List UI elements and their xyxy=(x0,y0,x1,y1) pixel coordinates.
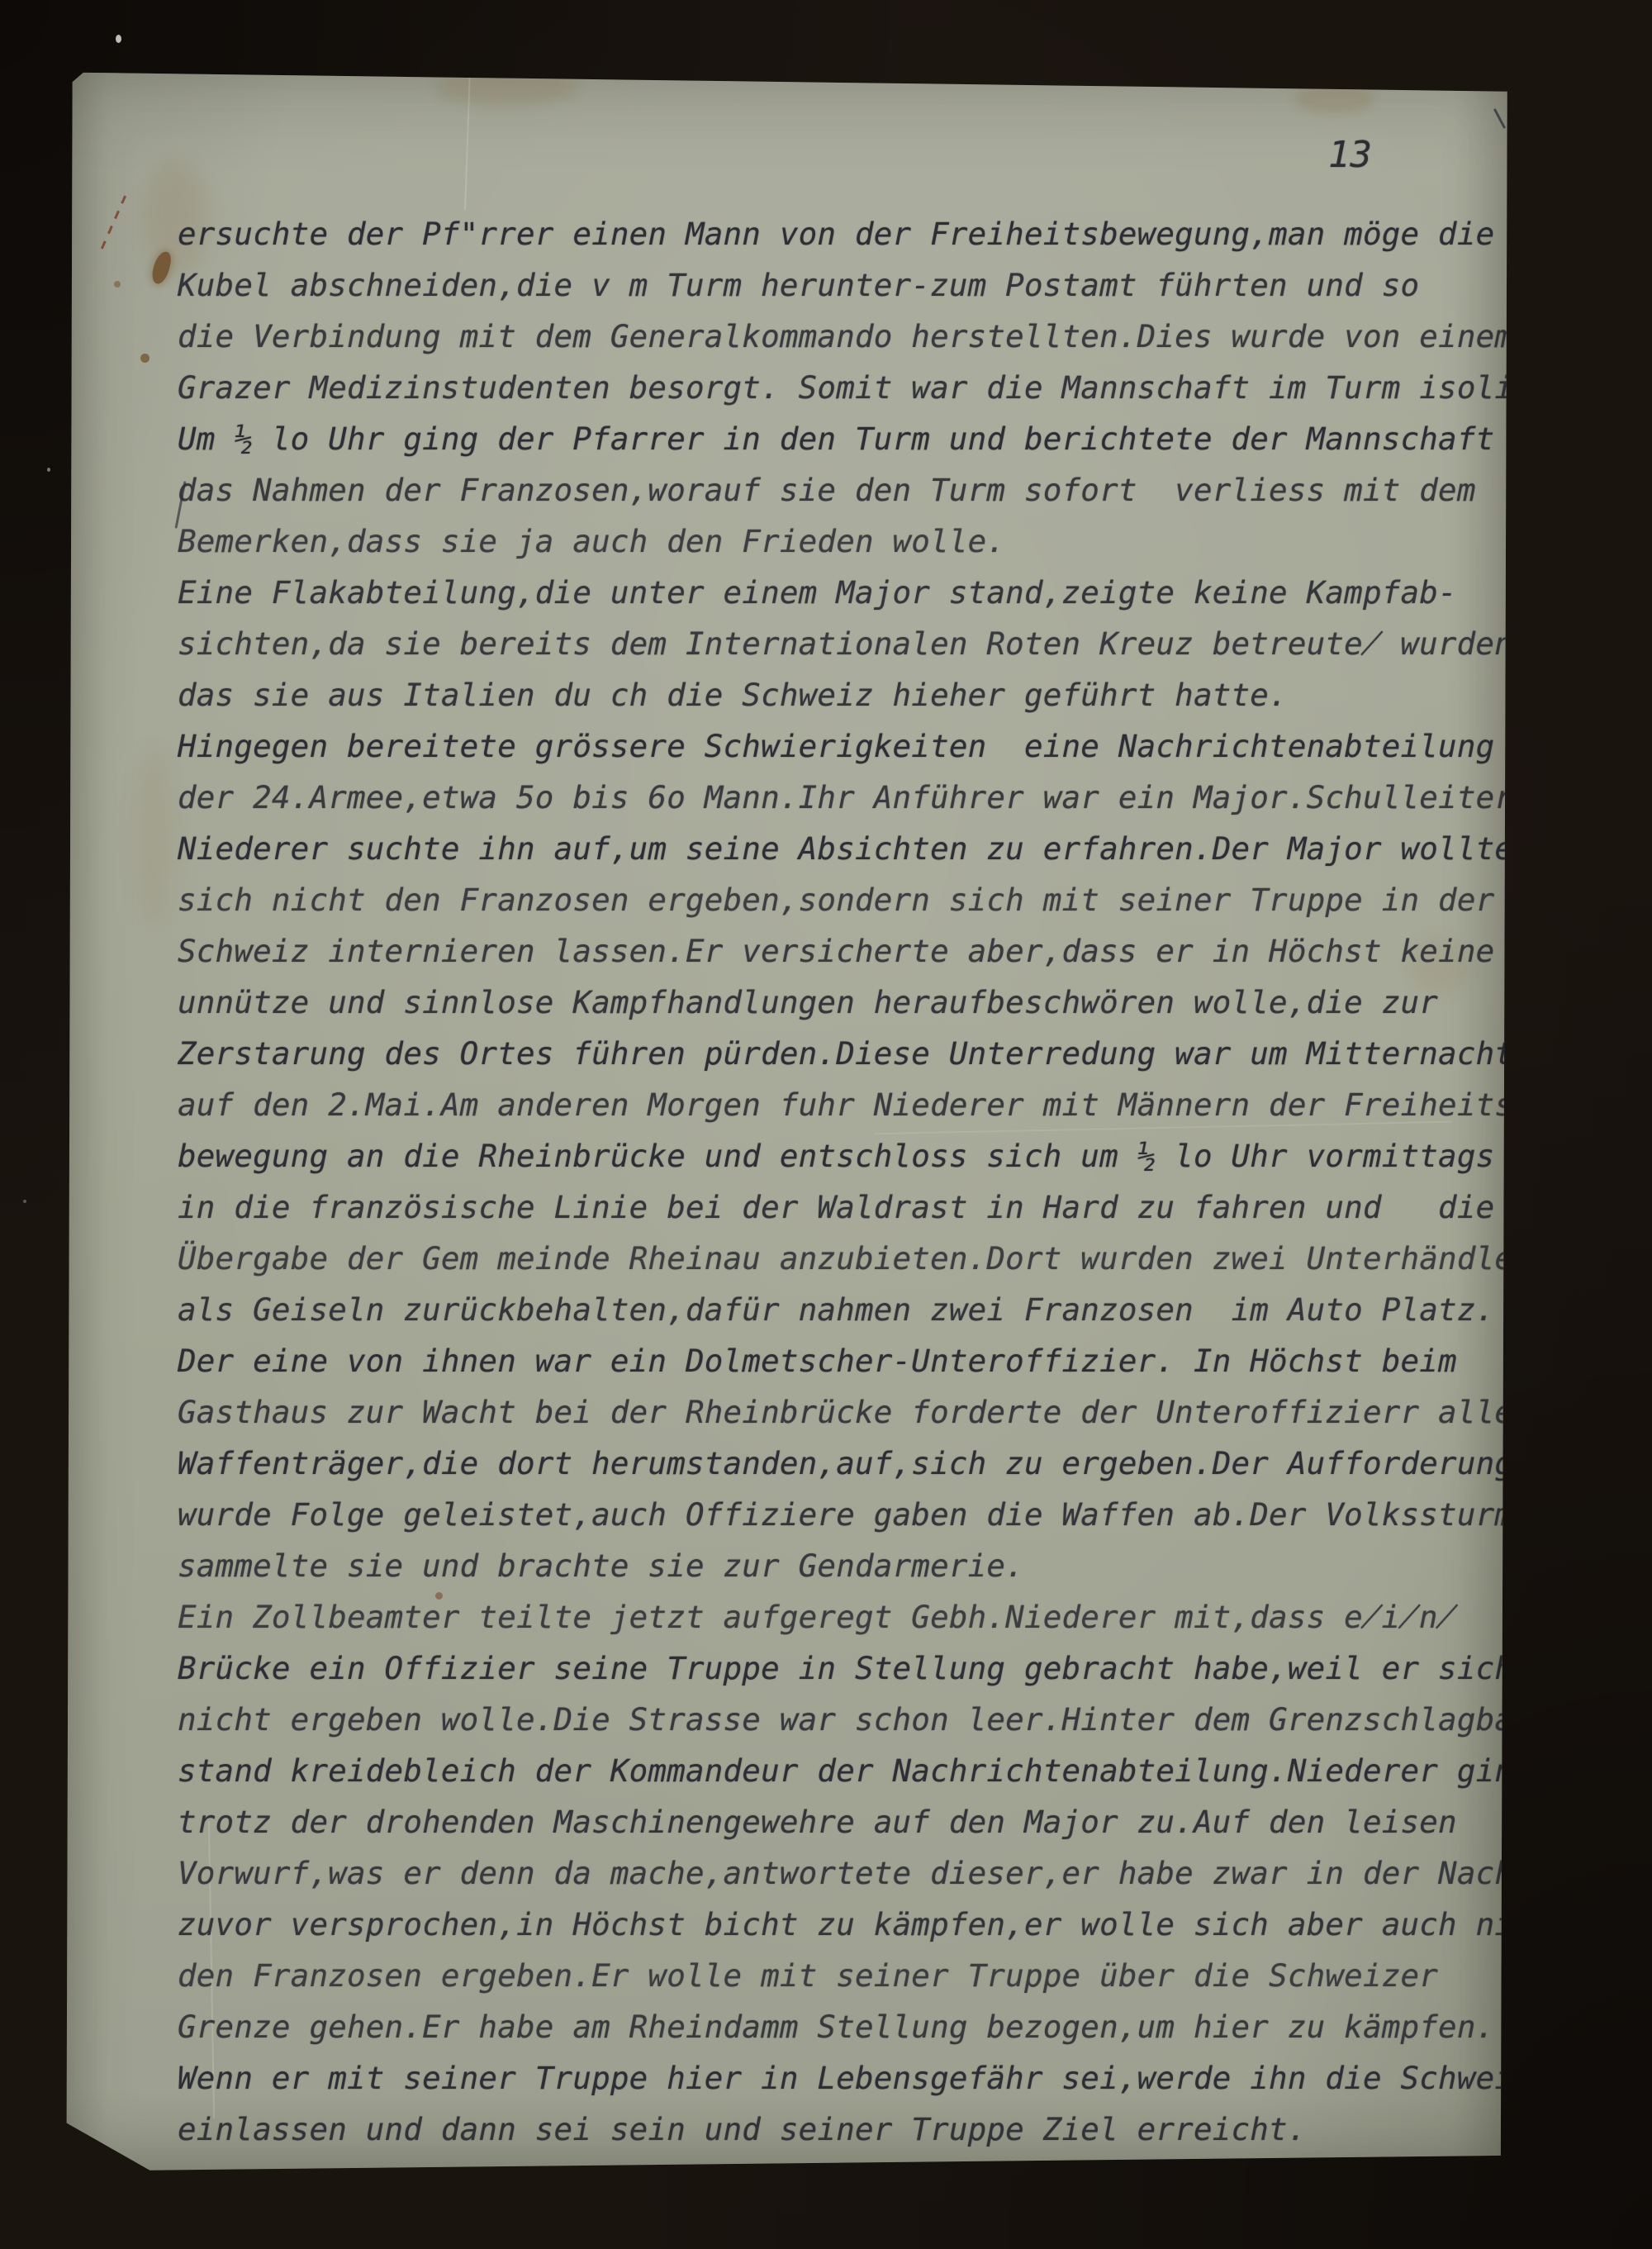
text-line: in die französische Linie bei der Waldra… xyxy=(178,1182,1532,1233)
text-line: das Nahmen der Franzosen,worauf sie den … xyxy=(178,464,1532,516)
text-line: stand kreidebleich der Kommandeur der Na… xyxy=(178,1745,1532,1796)
dust-speck xyxy=(23,1200,26,1203)
text-line: unnütze und sinnlose Kampfhandlungen her… xyxy=(178,977,1532,1028)
text-line: Grenze gehen.Er habe am Rheindamm Stellu… xyxy=(178,2001,1532,2052)
text-line: nicht ergeben wolle.Die Strasse war scho… xyxy=(178,1694,1532,1745)
text-line: Niederer suchte ihn auf,um seine Absicht… xyxy=(178,823,1532,874)
text-line: Bemerken,dass sie ja auch den Frieden wo… xyxy=(178,516,1532,567)
text-line: den Franzosen ergeben.Er wolle mit seine… xyxy=(178,1950,1532,2001)
pen-mark xyxy=(1493,108,1506,129)
text-line: Gasthaus zur Wacht bei der Rheinbrücke f… xyxy=(178,1386,1532,1438)
rust-stain xyxy=(150,250,173,285)
text-line: Brücke ein Offizier seine Truppe in Stel… xyxy=(178,1643,1532,1694)
text-line: sichten,da sie bereits dem International… xyxy=(178,618,1532,669)
text-line: einlassen und dann sei sein und seiner T… xyxy=(178,2104,1532,2155)
text-line: zuvor versprochen,in Höchst bicht zu käm… xyxy=(178,1899,1532,1950)
text-line: Um ½ lo Uhr ging der Pfarrer in den Turm… xyxy=(178,413,1532,464)
stain xyxy=(436,71,577,106)
text-line: Grazer Medizinstudenten besorgt. Somit w… xyxy=(178,362,1532,413)
text-line: Der eine von ihnen war ein Dolmetscher-U… xyxy=(178,1335,1532,1386)
rust-spot xyxy=(114,281,121,288)
text-line: Wenn er mit seiner Truppe hier in Lebens… xyxy=(178,2052,1532,2104)
text-line: Eine Flakabteilung,die unter einem Major… xyxy=(178,567,1532,618)
text-line: der 24.Armee,etwa 5o bis 6o Mann.Ihr Anf… xyxy=(178,772,1532,823)
text-line: Waffenträger,die dort herumstanden,auf,s… xyxy=(178,1438,1532,1489)
text-line: Vorwurf,was er denn da mache,antwortete … xyxy=(178,1847,1532,1899)
text-line: ersuchte der Pf"rrer einen Mann von der … xyxy=(178,208,1532,259)
text-line: das sie aus Italien du ch die Schweiz hi… xyxy=(178,669,1532,720)
paper-crease xyxy=(464,69,471,210)
scratch-mark xyxy=(101,195,126,249)
dust-speck xyxy=(47,468,50,472)
text-line: Übergabe der Gem meinde Rheinau anzubiet… xyxy=(178,1233,1532,1284)
page-number: 13 xyxy=(1328,134,1372,176)
text-line: wurde Folge geleistet,auch Offiziere gab… xyxy=(178,1489,1532,1540)
text-line: auf den 2.Mai.Am anderen Morgen fuhr Nie… xyxy=(178,1079,1532,1130)
text-line: Hingegen bereitete grössere Schwierigkei… xyxy=(178,720,1532,772)
text-line: bewegung an die Rheinbrücke und entschlo… xyxy=(178,1130,1532,1182)
text-line: Zerstarung des Ortes führen pürden.Diese… xyxy=(178,1028,1532,1079)
document-page: 13 ersuchte der Pf"rrer einen Mann von d… xyxy=(64,69,1512,2171)
text-line: die Verbindung mit dem Generalkommando h… xyxy=(178,311,1532,362)
text-line: sammelte sie und brachte sie zur Gendarm… xyxy=(178,1540,1532,1591)
stain xyxy=(1295,84,1374,114)
rust-spot xyxy=(140,354,150,363)
text-line: sich nicht den Franzosen ergeben,sondern… xyxy=(178,874,1532,925)
text-line: Ein Zollbeamter teilte jetzt aufgeregt G… xyxy=(178,1591,1532,1643)
text-line: Kubel abschneiden,die v m Turm herunter-… xyxy=(178,259,1532,311)
text-line: trotz der drohenden Maschinengewehre auf… xyxy=(178,1796,1532,1847)
typewritten-text: ersuchte der Pf"rrer einen Mann von der … xyxy=(178,208,1532,2155)
text-line: Schweiz internieren lassen.Er versichert… xyxy=(178,925,1532,977)
scan-background: 13 ersuchte der Pf"rrer einen Mann von d… xyxy=(0,0,1652,2249)
stain xyxy=(135,747,172,929)
text-line: als Geiseln zurückbehalten,dafür nahmen … xyxy=(178,1284,1532,1335)
dust-speck xyxy=(116,35,121,43)
